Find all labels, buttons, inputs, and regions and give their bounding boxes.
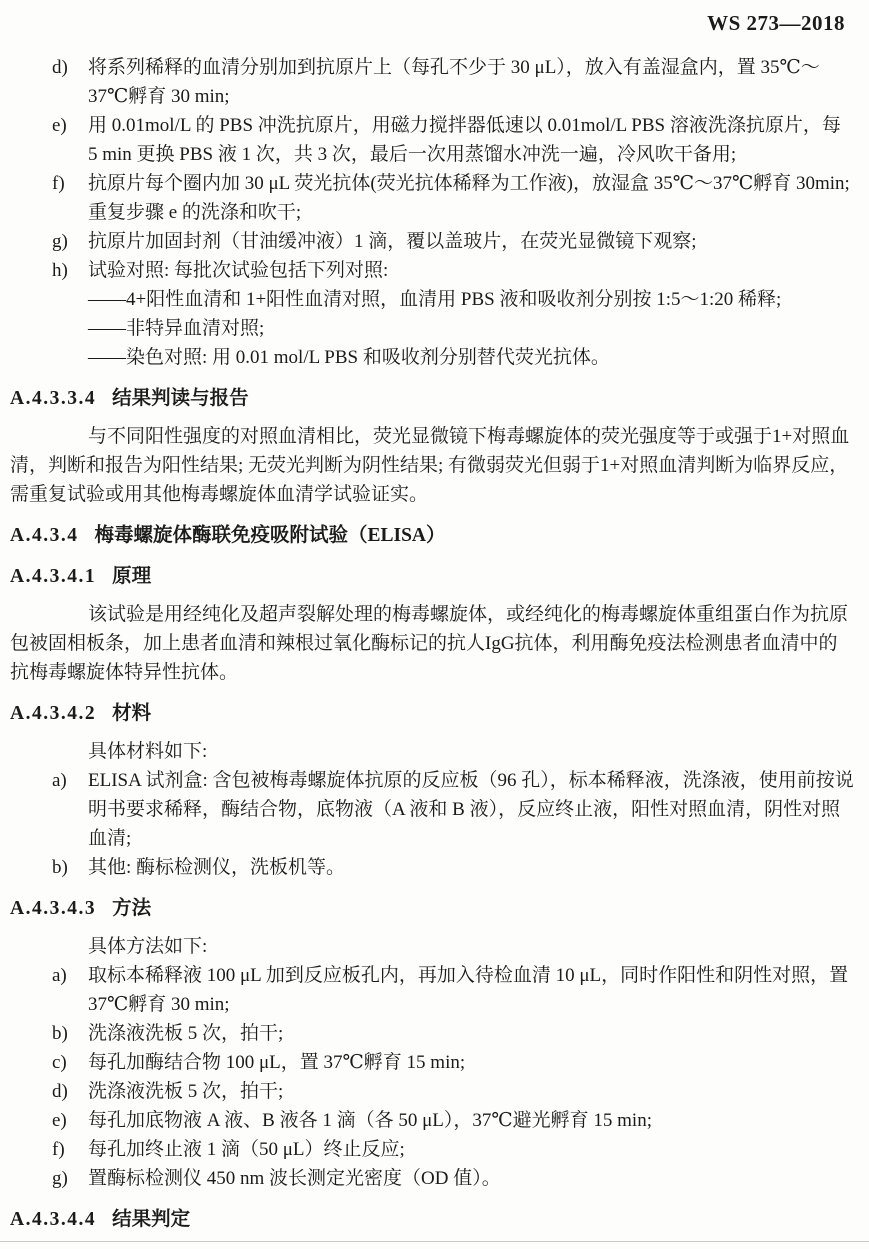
list-item-label: f) xyxy=(52,169,88,227)
control-dash-item: ——4+阳性血清和 1+阳性血清对照，血清用 PBS 液和吸收剂分别按 1:5～… xyxy=(88,285,855,314)
section-title: 方法 xyxy=(112,898,151,919)
list-item-label: g) xyxy=(52,227,88,256)
list-item: f) 每孔加终止液 1 滴（50 μL）终止反应; xyxy=(10,1135,855,1164)
section-number: A.4.3.3.4 xyxy=(10,388,96,409)
paragraph-principle: 该试验是用经纯化及超声裂解处理的梅毒螺旋体，或经纯化的梅毒螺旋体重组蛋白作为抗原… xyxy=(10,600,855,687)
method-intro: 具体方法如下: xyxy=(10,932,855,961)
section-heading-materials: A.4.3.4.2材料 xyxy=(10,699,855,728)
list-item: f) 抗原片每个圈内加 30 μL 荧光抗体(荧光抗体稀释为工作液)，放湿盒 3… xyxy=(10,169,855,227)
doc-code-header: WS 273—2018 xyxy=(0,0,869,38)
list-item-text: 试验对照: 每批次试验包括下列对照: xyxy=(88,256,855,285)
list-item: g) 抗原片加固封剂（甘油缓冲液）1 滴，覆以盖玻片，在荧光显微镜下观察; xyxy=(10,227,855,256)
list-item-label: a) xyxy=(52,961,88,1019)
list-item: a) ELISA 试剂盒: 含包被梅毒螺旋体抗原的反应板（96 孔），标本稀释液… xyxy=(10,766,855,853)
list-item-label: b) xyxy=(52,1019,88,1048)
section-title: 梅毒螺旋体酶联免疫吸附试验（ELISA） xyxy=(94,525,445,546)
list-item-label: d) xyxy=(52,53,88,111)
list-item-text: ELISA 试剂盒: 含包被梅毒螺旋体抗原的反应板（96 孔），标本稀释液，洗涤… xyxy=(88,766,855,853)
list-item-text: 抗原片加固封剂（甘油缓冲液）1 滴，覆以盖玻片，在荧光显微镜下观察; xyxy=(88,227,855,256)
procedure-list: d) 将系列稀释的血清分别加到抗原片上（每孔不少于 30 μL），放入有盖湿盒内… xyxy=(10,53,855,372)
list-item-label: a) xyxy=(52,766,88,853)
list-item: h) 试验对照: 每批次试验包括下列对照: xyxy=(10,256,855,285)
section-number: A.4.3.4.4 xyxy=(10,1209,96,1230)
list-item-text: 置酶标检测仪 450 nm 波长测定光密度（OD 值）。 xyxy=(88,1164,855,1193)
list-item-label: h) xyxy=(52,256,88,285)
list-item: e) 用 0.01mol/L 的 PBS 冲洗抗原片，用磁力搅拌器低速以 0.0… xyxy=(10,111,855,169)
section-title: 原理 xyxy=(112,566,151,587)
list-item: c) 每孔加酶结合物 100 μL，置 37℃孵育 15 min; xyxy=(10,1048,855,1077)
section-heading-result-judgement: A.4.3.4.4结果判定 xyxy=(10,1205,855,1234)
list-item-text: 每孔加酶结合物 100 μL，置 37℃孵育 15 min; xyxy=(88,1048,855,1077)
list-item: a) 取标本稀释液 100 μL 加到反应板孔内，再加入待检血清 10 μL，同… xyxy=(10,961,855,1019)
section-number: A.4.3.4.2 xyxy=(10,703,96,724)
list-item-text: 将系列稀释的血清分别加到抗原片上（每孔不少于 30 μL），放入有盖湿盒内，置 … xyxy=(88,53,855,111)
section-number: A.4.3.4 xyxy=(10,525,78,546)
paragraph-results-reading: 与不同阳性强度的对照血清相比，荧光显微镜下梅毒螺旋体的荧光强度等于或强于1+对照… xyxy=(10,422,855,509)
materials-intro: 具体材料如下: xyxy=(10,737,855,766)
section-heading-results-reading: A.4.3.3.4结果判读与报告 xyxy=(10,384,855,413)
control-dash-item: ——非特异血清对照; xyxy=(88,314,855,343)
list-item-label: b) xyxy=(52,853,88,882)
list-item-text: 每孔加终止液 1 滴（50 μL）终止反应; xyxy=(88,1135,855,1164)
list-item: b) 洗涤液洗板 5 次，拍干; xyxy=(10,1019,855,1048)
list-item-label: f) xyxy=(52,1135,88,1164)
list-item-label: d) xyxy=(52,1077,88,1106)
list-item-text: 洗涤液洗板 5 次，拍干; xyxy=(88,1077,855,1106)
list-item-label: g) xyxy=(52,1164,88,1193)
control-dash-item: ——染色对照: 用 0.01 mol/L PBS 和吸收剂分别替代荧光抗体。 xyxy=(88,343,855,372)
materials-list: a) ELISA 试剂盒: 含包被梅毒螺旋体抗原的反应板（96 孔），标本稀释液… xyxy=(10,766,855,882)
list-item-text: 用 0.01mol/L 的 PBS 冲洗抗原片，用磁力搅拌器低速以 0.01mo… xyxy=(88,111,855,169)
section-heading-elisa: A.4.3.4梅毒螺旋体酶联免疫吸附试验（ELISA） xyxy=(10,521,855,550)
section-title: 结果判读与报告 xyxy=(112,388,249,409)
list-item: g) 置酶标检测仪 450 nm 波长测定光密度（OD 值）。 xyxy=(10,1164,855,1193)
method-list: a) 取标本稀释液 100 μL 加到反应板孔内，再加入待检血清 10 μL，同… xyxy=(10,961,855,1193)
list-item: e) 每孔加底物液 A 液、B 液各 1 滴（各 50 μL），37℃避光孵育 … xyxy=(10,1106,855,1135)
list-item-text: 洗涤液洗板 5 次，拍干; xyxy=(88,1019,855,1048)
list-item-label: e) xyxy=(52,1106,88,1135)
list-item-text: 取标本稀释液 100 μL 加到反应板孔内，再加入待检血清 10 μL，同时作阳… xyxy=(88,961,855,1019)
section-title: 结果判定 xyxy=(112,1209,190,1230)
section-number: A.4.3.4.1 xyxy=(10,566,96,587)
section-number: A.4.3.4.3 xyxy=(10,898,96,919)
list-item-text: 每孔加底物液 A 液、B 液各 1 滴（各 50 μL），37℃避光孵育 15 … xyxy=(88,1106,855,1135)
list-item: d) 将系列稀释的血清分别加到抗原片上（每孔不少于 30 μL），放入有盖湿盒内… xyxy=(10,53,855,111)
section-heading-principle: A.4.3.4.1原理 xyxy=(10,562,855,591)
document-page: WS 273—2018 d) 将系列稀释的血清分别加到抗原片上（每孔不少于 30… xyxy=(0,0,869,1249)
list-item: b) 其他: 酶标检测仪，洗板机等。 xyxy=(10,853,855,882)
list-item-label: e) xyxy=(52,111,88,169)
section-title: 材料 xyxy=(112,703,151,724)
list-item: d) 洗涤液洗板 5 次，拍干; xyxy=(10,1077,855,1106)
list-item-text: 抗原片每个圈内加 30 μL 荧光抗体(荧光抗体稀释为工作液)，放湿盒 35℃～… xyxy=(88,169,855,227)
list-item-label: c) xyxy=(52,1048,88,1077)
list-item-text: 其他: 酶标检测仪，洗板机等。 xyxy=(88,853,855,882)
section-heading-method: A.4.3.4.3方法 xyxy=(10,894,855,923)
page-content: d) 将系列稀释的血清分别加到抗原片上（每孔不少于 30 μL），放入有盖湿盒内… xyxy=(0,38,869,1234)
